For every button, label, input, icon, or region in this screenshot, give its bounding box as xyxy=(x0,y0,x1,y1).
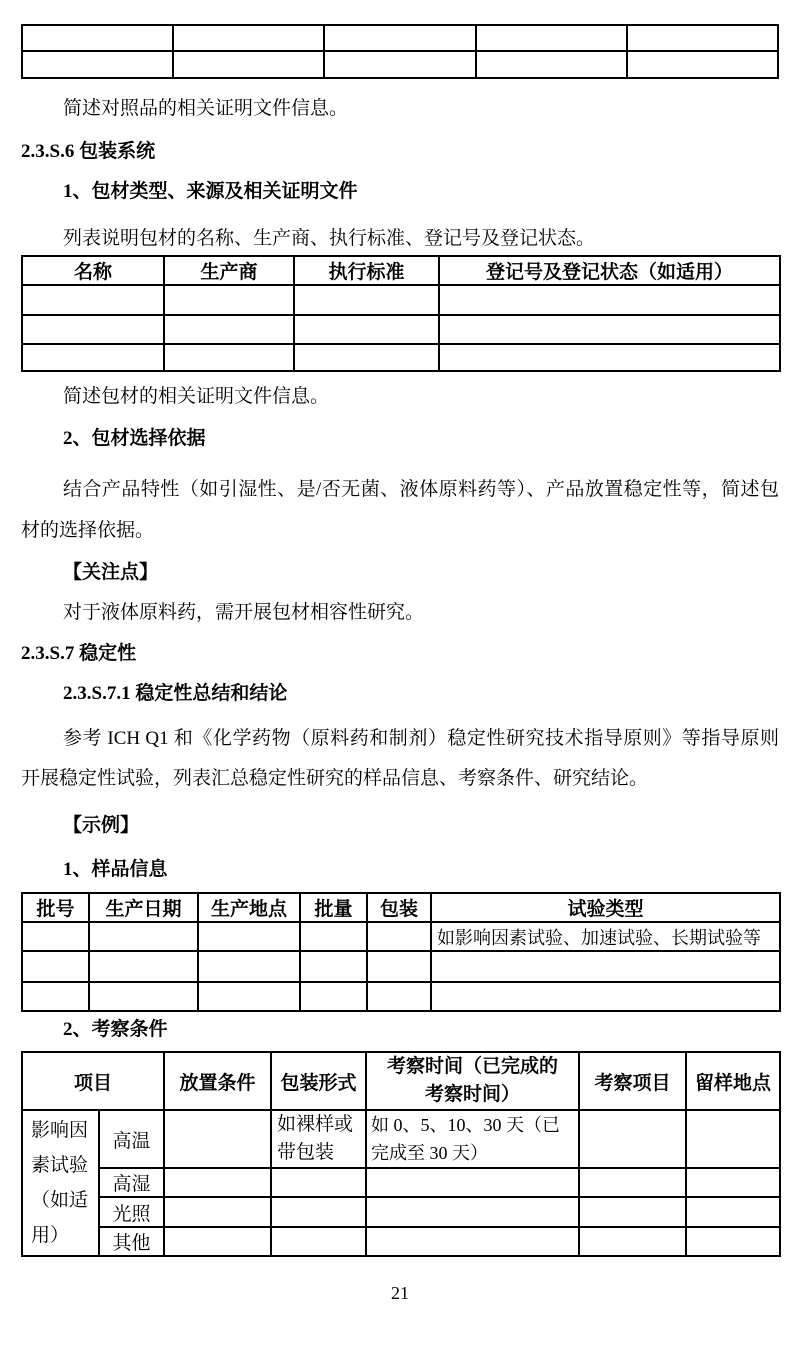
column-header-registration: 登记号及登记状态（如适用） xyxy=(439,256,780,285)
column-header-manufacturer: 生产商 xyxy=(164,256,294,285)
empty-cell xyxy=(476,51,627,78)
empty-cell xyxy=(300,922,367,951)
table-row: 影响因 素试验 （如适 用） 高温 如裸样或 带包装 如 0、5、10、30 天… xyxy=(22,1110,780,1168)
empty-cell xyxy=(198,951,300,982)
paragraph-packaging-list-intro: 列表说明包材的名称、生产商、执行标准、登记号及登记状态。 xyxy=(21,219,779,259)
empty-cell xyxy=(164,315,294,344)
column-header-batch-no: 批号 xyxy=(22,893,89,922)
table-row xyxy=(22,25,778,51)
column-header-production-site: 生产地点 xyxy=(198,893,300,922)
empty-cell xyxy=(366,1168,579,1197)
empty-cell xyxy=(22,344,164,371)
heading-section-2-3-s-6: 2.3.S.6 包装系统 xyxy=(21,132,779,172)
empty-cell xyxy=(271,1197,366,1227)
table-row: 高湿 xyxy=(22,1168,780,1197)
empty-cell xyxy=(366,1197,579,1227)
table-row xyxy=(22,982,780,1011)
empty-cell xyxy=(89,982,198,1011)
document-page: 简述对照品的相关证明文件信息。 2.3.S.6 包装系统 1、包材类型、来源及相… xyxy=(0,0,800,1369)
heading-stability-summary: 2.3.S.7.1 稳定性总结和结论 xyxy=(21,674,779,714)
empty-cell xyxy=(164,1168,271,1197)
table-row xyxy=(22,51,778,78)
cell-sub-item-other: 其他 xyxy=(99,1227,164,1256)
empty-cell xyxy=(367,982,431,1011)
empty-cell xyxy=(22,951,89,982)
paragraph-stability: 参考 ICH Q1 和《化学药物（原料药和制剂）稳定性研究技术指导原则》等指导原… xyxy=(21,719,779,799)
continuation-table xyxy=(21,24,779,79)
empty-cell xyxy=(294,315,439,344)
empty-cell xyxy=(686,1110,780,1168)
empty-cell xyxy=(439,315,780,344)
empty-cell xyxy=(627,51,778,78)
empty-cell xyxy=(439,344,780,371)
heading-section-2-3-s-7: 2.3.S.7 稳定性 xyxy=(21,634,779,674)
column-header-batch-size: 批量 xyxy=(300,893,367,922)
empty-cell xyxy=(22,285,164,315)
empty-cell xyxy=(22,982,89,1011)
column-header-standard: 执行标准 xyxy=(294,256,439,285)
column-header-retention-site: 留样地点 xyxy=(686,1052,780,1110)
empty-cell xyxy=(271,1227,366,1256)
heading-attention-points: 【关注点】 xyxy=(21,553,779,593)
empty-cell xyxy=(300,951,367,982)
empty-cell xyxy=(579,1168,686,1197)
empty-cell xyxy=(367,922,431,951)
table-row xyxy=(22,951,780,982)
table-header-row: 批号 生产日期 生产地点 批量 包装 试验类型 xyxy=(22,893,780,922)
column-header-item: 项目 xyxy=(22,1052,164,1110)
empty-cell xyxy=(22,315,164,344)
empty-cell xyxy=(294,344,439,371)
empty-cell xyxy=(164,1197,271,1227)
empty-cell xyxy=(173,25,324,51)
empty-cell xyxy=(579,1197,686,1227)
empty-cell xyxy=(367,951,431,982)
conditions-table: 项目 放置条件 包装形式 考察时间（已完成的 考察时间） 考察项目 留样地点 影… xyxy=(21,1051,781,1257)
empty-cell xyxy=(164,285,294,315)
table-row xyxy=(22,285,780,315)
column-header-production-date: 生产日期 xyxy=(89,893,198,922)
empty-cell xyxy=(173,51,324,78)
packaging-table: 名称 生产商 执行标准 登记号及登记状态（如适用） xyxy=(21,255,781,372)
paragraph-attention: 对于液体原料药，需开展包材相容性研究。 xyxy=(21,593,779,633)
empty-cell xyxy=(476,25,627,51)
table-header-row: 项目 放置条件 包装形式 考察时间（已完成的 考察时间） 考察项目 留样地点 xyxy=(22,1052,780,1110)
paragraph-reference-docs-note: 简述对照品的相关证明文件信息。 xyxy=(21,89,779,129)
empty-cell xyxy=(324,25,475,51)
cell-test-type-example: 如影响因素试验、加速试验、长期试验等 xyxy=(431,922,780,951)
heading-packaging-type: 1、包材类型、来源及相关证明文件 xyxy=(21,172,779,212)
page-number: 21 xyxy=(21,1283,779,1303)
heading-study-conditions: 2、考察条件 xyxy=(21,1010,779,1050)
empty-cell xyxy=(627,25,778,51)
empty-cell xyxy=(686,1197,780,1227)
column-header-test-type: 试验类型 xyxy=(431,893,780,922)
table-row xyxy=(22,344,780,371)
table-row: 光照 xyxy=(22,1197,780,1227)
empty-cell xyxy=(300,982,367,1011)
heading-example: 【示例】 xyxy=(21,806,779,846)
empty-cell xyxy=(686,1227,780,1256)
sample-info-table: 批号 生产日期 生产地点 批量 包装 试验类型 如影响因素试验、加速试验、长期试… xyxy=(21,892,781,1012)
empty-cell xyxy=(294,285,439,315)
table-row: 如影响因素试验、加速试验、长期试验等 xyxy=(22,922,780,951)
cell-sub-item-high-humidity: 高湿 xyxy=(99,1168,164,1197)
heading-packaging-selection: 2、包材选择依据 xyxy=(21,419,779,459)
column-header-study-time: 考察时间（已完成的 考察时间） xyxy=(366,1052,579,1110)
column-header-study-items: 考察项目 xyxy=(579,1052,686,1110)
empty-cell xyxy=(686,1168,780,1197)
heading-sample-info: 1、样品信息 xyxy=(21,850,779,890)
empty-cell xyxy=(89,951,198,982)
empty-cell xyxy=(579,1110,686,1168)
empty-cell xyxy=(439,285,780,315)
empty-cell xyxy=(324,51,475,78)
cell-sub-item-light: 光照 xyxy=(99,1197,164,1227)
cell-sub-item-high-temperature: 高温 xyxy=(99,1110,164,1168)
cell-study-time-example: 如 0、5、10、30 天（已 完成至 30 天） xyxy=(366,1110,579,1168)
column-header-packaging-form: 包装形式 xyxy=(271,1052,366,1110)
empty-cell xyxy=(431,982,780,1011)
paragraph-packaging-docs-note: 简述包材的相关证明文件信息。 xyxy=(21,377,779,417)
empty-cell xyxy=(89,922,198,951)
column-header-storage-condition: 放置条件 xyxy=(164,1052,271,1110)
empty-cell xyxy=(164,344,294,371)
cell-item-group-label: 影响因 素试验 （如适 用） xyxy=(22,1110,99,1256)
empty-cell xyxy=(22,51,173,78)
empty-cell xyxy=(431,951,780,982)
empty-cell xyxy=(271,1168,366,1197)
empty-cell xyxy=(164,1110,271,1168)
empty-cell xyxy=(579,1227,686,1256)
table-header-row: 名称 生产商 执行标准 登记号及登记状态（如适用） xyxy=(22,256,780,285)
table-row xyxy=(22,315,780,344)
empty-cell xyxy=(198,982,300,1011)
column-header-name: 名称 xyxy=(22,256,164,285)
cell-packaging-form-example: 如裸样或 带包装 xyxy=(271,1110,366,1168)
empty-cell xyxy=(22,922,89,951)
table-row: 其他 xyxy=(22,1227,780,1256)
empty-cell xyxy=(198,922,300,951)
column-header-packaging: 包装 xyxy=(367,893,431,922)
empty-cell xyxy=(164,1227,271,1256)
empty-cell xyxy=(366,1227,579,1256)
empty-cell xyxy=(22,25,173,51)
paragraph-selection-basis: 结合产品特性（如引湿性、是/否无菌、液体原料药等）、产品放置稳定性等，简述包材的… xyxy=(21,469,779,551)
